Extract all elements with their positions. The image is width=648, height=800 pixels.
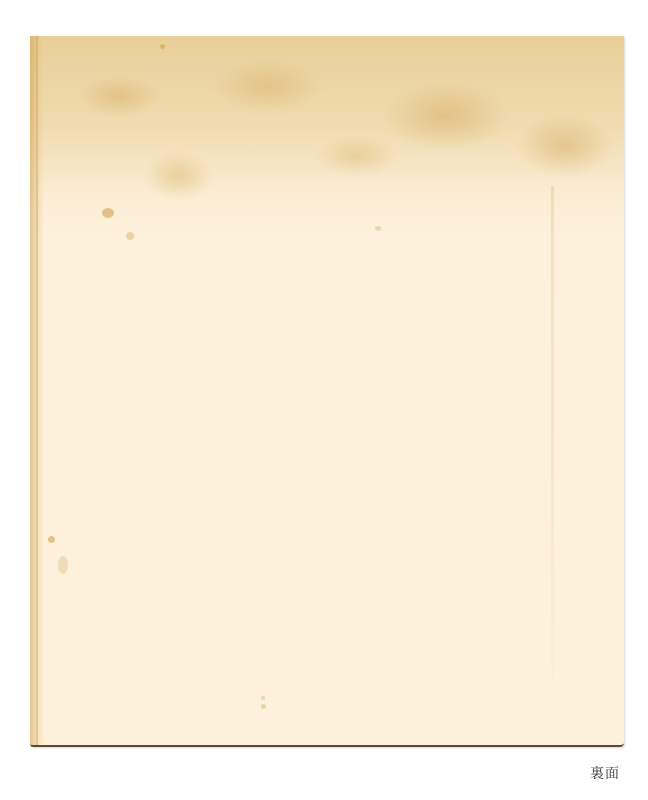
- stain-spot: [126, 232, 134, 240]
- stain-spot: [48, 536, 55, 543]
- stain-spot: [102, 208, 114, 218]
- edge-line-left: [36, 36, 38, 745]
- caption-back-side: 裏面: [590, 763, 620, 783]
- foxing-stain-top: [30, 36, 624, 236]
- stain-spot: [160, 44, 165, 49]
- aged-paper-card: [30, 36, 624, 747]
- stain-spot: [261, 696, 265, 700]
- faint-crease-right: [551, 186, 554, 686]
- stain-spot: [58, 556, 68, 574]
- stain-spot: [261, 704, 266, 709]
- stain-spot: [375, 226, 381, 231]
